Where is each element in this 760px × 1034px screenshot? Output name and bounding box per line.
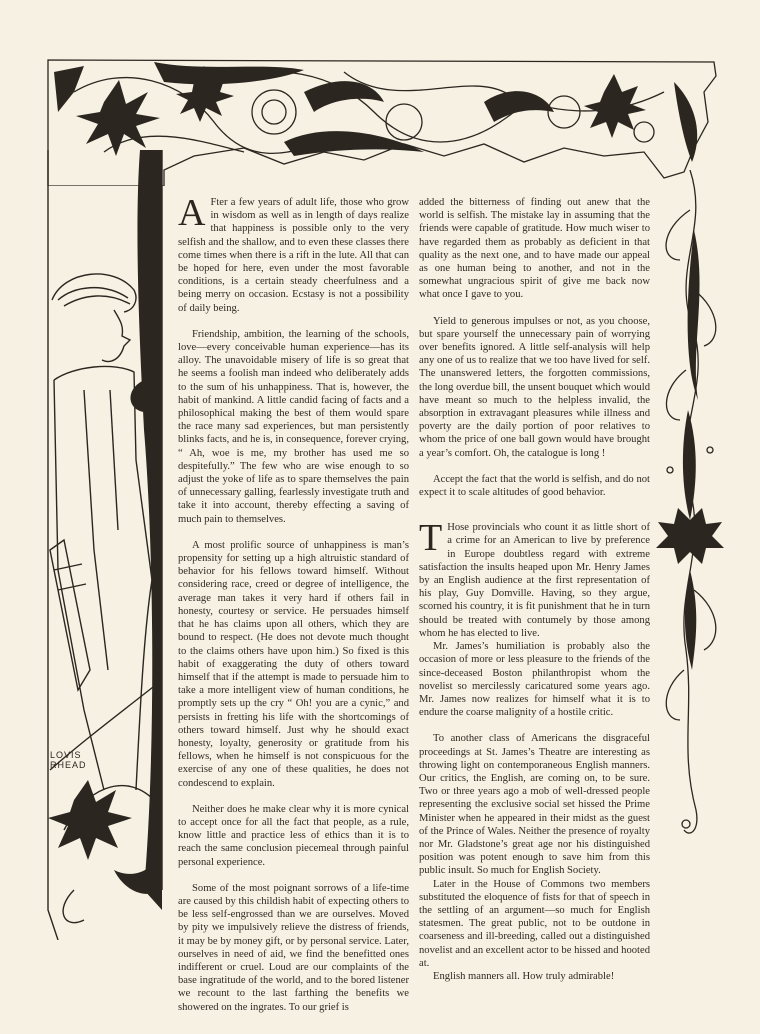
artist-signature: LOVIS RHEAD	[50, 750, 87, 770]
paragraph: A most prolific source of unhappiness is…	[178, 539, 409, 790]
magazine-page: LOVIS RHEAD	[0, 0, 760, 1034]
paragraph: Neither does he make clear why it is mor…	[178, 803, 409, 869]
text-column-left: AFter a few years of adult life, those w…	[178, 196, 409, 1027]
paragraph: Friendship, ambition, the learning of th…	[178, 328, 409, 526]
drop-cap: T	[419, 523, 442, 553]
paragraph: Yield to generous impulses or not, as yo…	[419, 315, 650, 460]
paragraph: Mr. James’s humiliation is probably also…	[419, 640, 650, 719]
paragraph: Later in the House of Commons two member…	[419, 878, 650, 970]
floral-border-right	[650, 170, 730, 840]
figure-panel-left	[44, 150, 166, 940]
archer-figure-illustration-icon	[44, 150, 166, 940]
paragraph: Some of the most poignant sorrows of a l…	[178, 882, 409, 1014]
section-opening-paragraph: THose provincials who count it as little…	[419, 521, 650, 640]
paragraph: Accept the fact that the world is selfis…	[419, 473, 650, 499]
paragraph-continuation: added the bitterness of finding out anew…	[419, 196, 650, 302]
paragraph: To another class of Americans the disgra…	[419, 732, 650, 877]
paragraph: AFter a few years of adult life, those w…	[178, 196, 409, 315]
text-column-right: added the bitterness of finding out anew…	[419, 196, 650, 983]
drop-cap: A	[178, 198, 205, 228]
vine-ornament-icon	[650, 170, 730, 840]
closing-line: English manners all. How truly admirable…	[419, 970, 650, 983]
